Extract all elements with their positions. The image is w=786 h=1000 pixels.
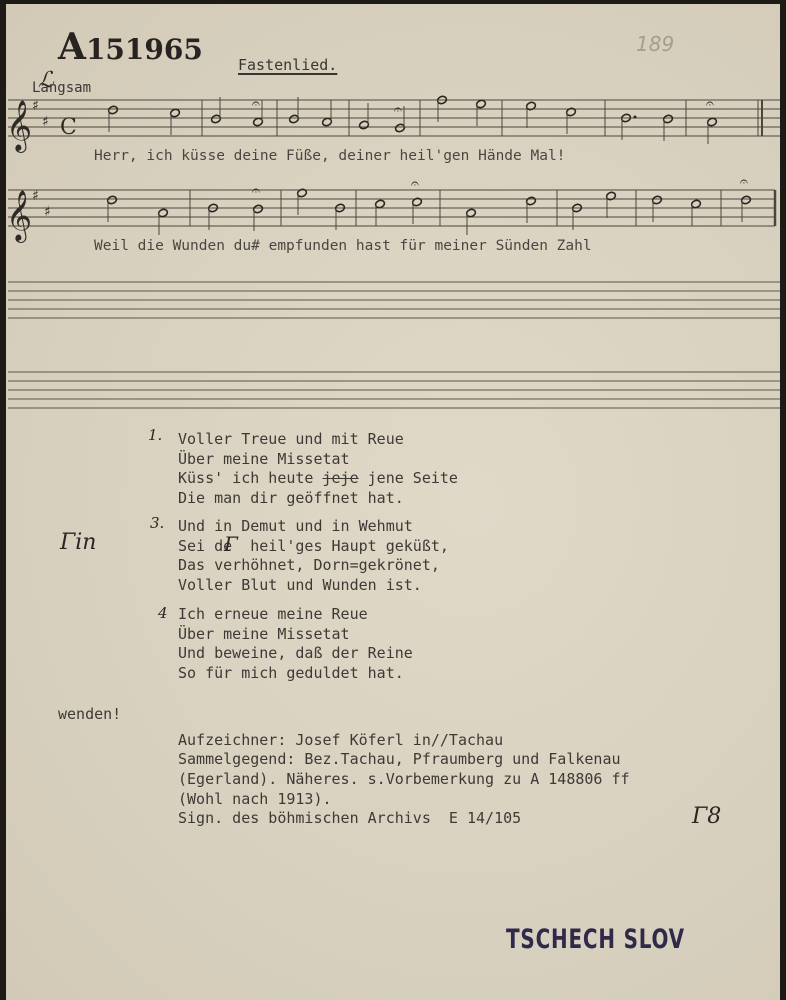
region-line-1: Sammelgegend: Bez.Tachau, Pfraumberg und… [178,750,621,770]
svg-text:𝄐: 𝄐 [706,96,714,112]
verse-3-line-4: Voller Blut und Wunden ist. [178,576,422,596]
turn-page-note: wenden! [58,705,121,725]
verse-3-line-3: Das verhöhnet, Dorn=gekrönet, [178,556,440,576]
verse-1-line-4: Die man dir geöffnet hat. [178,489,404,509]
svg-text:C: C [60,115,77,140]
verse-1-line-1: Voller Treue und mit Reue [178,430,404,450]
svg-text:♯: ♯ [32,98,39,114]
country-stamp: TSCHECH SLOV [506,924,685,955]
verse-3-number: 3. [150,514,164,532]
music-notation: 𝄞♯♯C𝄞♯♯𝄐𝄐𝄐𝄐𝄐𝄐 [0,0,786,420]
staff-1-lyrics: Herr, ich küsse deine Füße, deiner heil'… [94,148,565,164]
verse-1-number: 1. [148,426,162,444]
staff-2 [8,190,775,226]
verse-3-line-2: Sei de heil'ges Haupt geküßt, [178,537,449,557]
verse-4-line-2: Über meine Missetat [178,625,350,645]
verse-1-line-3-start: Küss' ich heute [178,469,313,487]
region-line-2: (Egerland). Näheres. s.Vorbemerkung zu A… [178,770,630,790]
svg-text:𝄞: 𝄞 [6,190,32,243]
signature-hand-mark: Γ8 [692,804,721,829]
verse-4-number: 4 [158,604,168,622]
verse-1-line-3-end: jene Seite [368,469,458,487]
svg-text:𝄐: 𝄐 [740,174,748,190]
svg-text:♯: ♯ [32,188,39,204]
svg-text:♯: ♯ [44,204,51,220]
recorder-line: Aufzeichner: Josef Köferl in//Tachau [178,731,503,751]
struck-word: jeje [323,469,359,487]
verse-4-line-4: So für mich geduldet hat. [178,664,404,684]
verse-4-line-1: Ich erneue meine Reue [178,605,368,625]
staff-2-lyrics: Weil die Wunden du# empfunden hast für m… [94,238,592,254]
svg-text:𝄐: 𝄐 [252,96,260,112]
verse-1-line-2: Über meine Missetat [178,450,350,470]
verse-3-margin-note: Γin [60,530,96,555]
svg-text:♯: ♯ [42,114,49,130]
verse-3-line-1: Und in Demut und in Wehmut [178,517,413,537]
region-line-3: (Wohl nach 1913). [178,790,332,810]
svg-text:𝄐: 𝄐 [394,102,402,118]
archive-signature: Sign. des böhmischen Archivs E 14/105 [178,809,521,829]
verse-4-line-3: Und beweine, daß der Reine [178,644,413,664]
empty-staff-4 [8,372,780,408]
svg-text:𝄐: 𝄐 [411,176,419,192]
notes: 𝄞♯♯C𝄞♯♯𝄐𝄐𝄐𝄐𝄐𝄐 [6,95,751,243]
svg-text:𝄞: 𝄞 [6,100,32,153]
empty-staff-3 [8,282,780,318]
verse-3-correction-mark: Γ [224,532,238,556]
svg-text:𝄐: 𝄐 [252,183,260,199]
verse-1-line-3: Küss' ich heute jeje jene Seite [178,469,458,489]
